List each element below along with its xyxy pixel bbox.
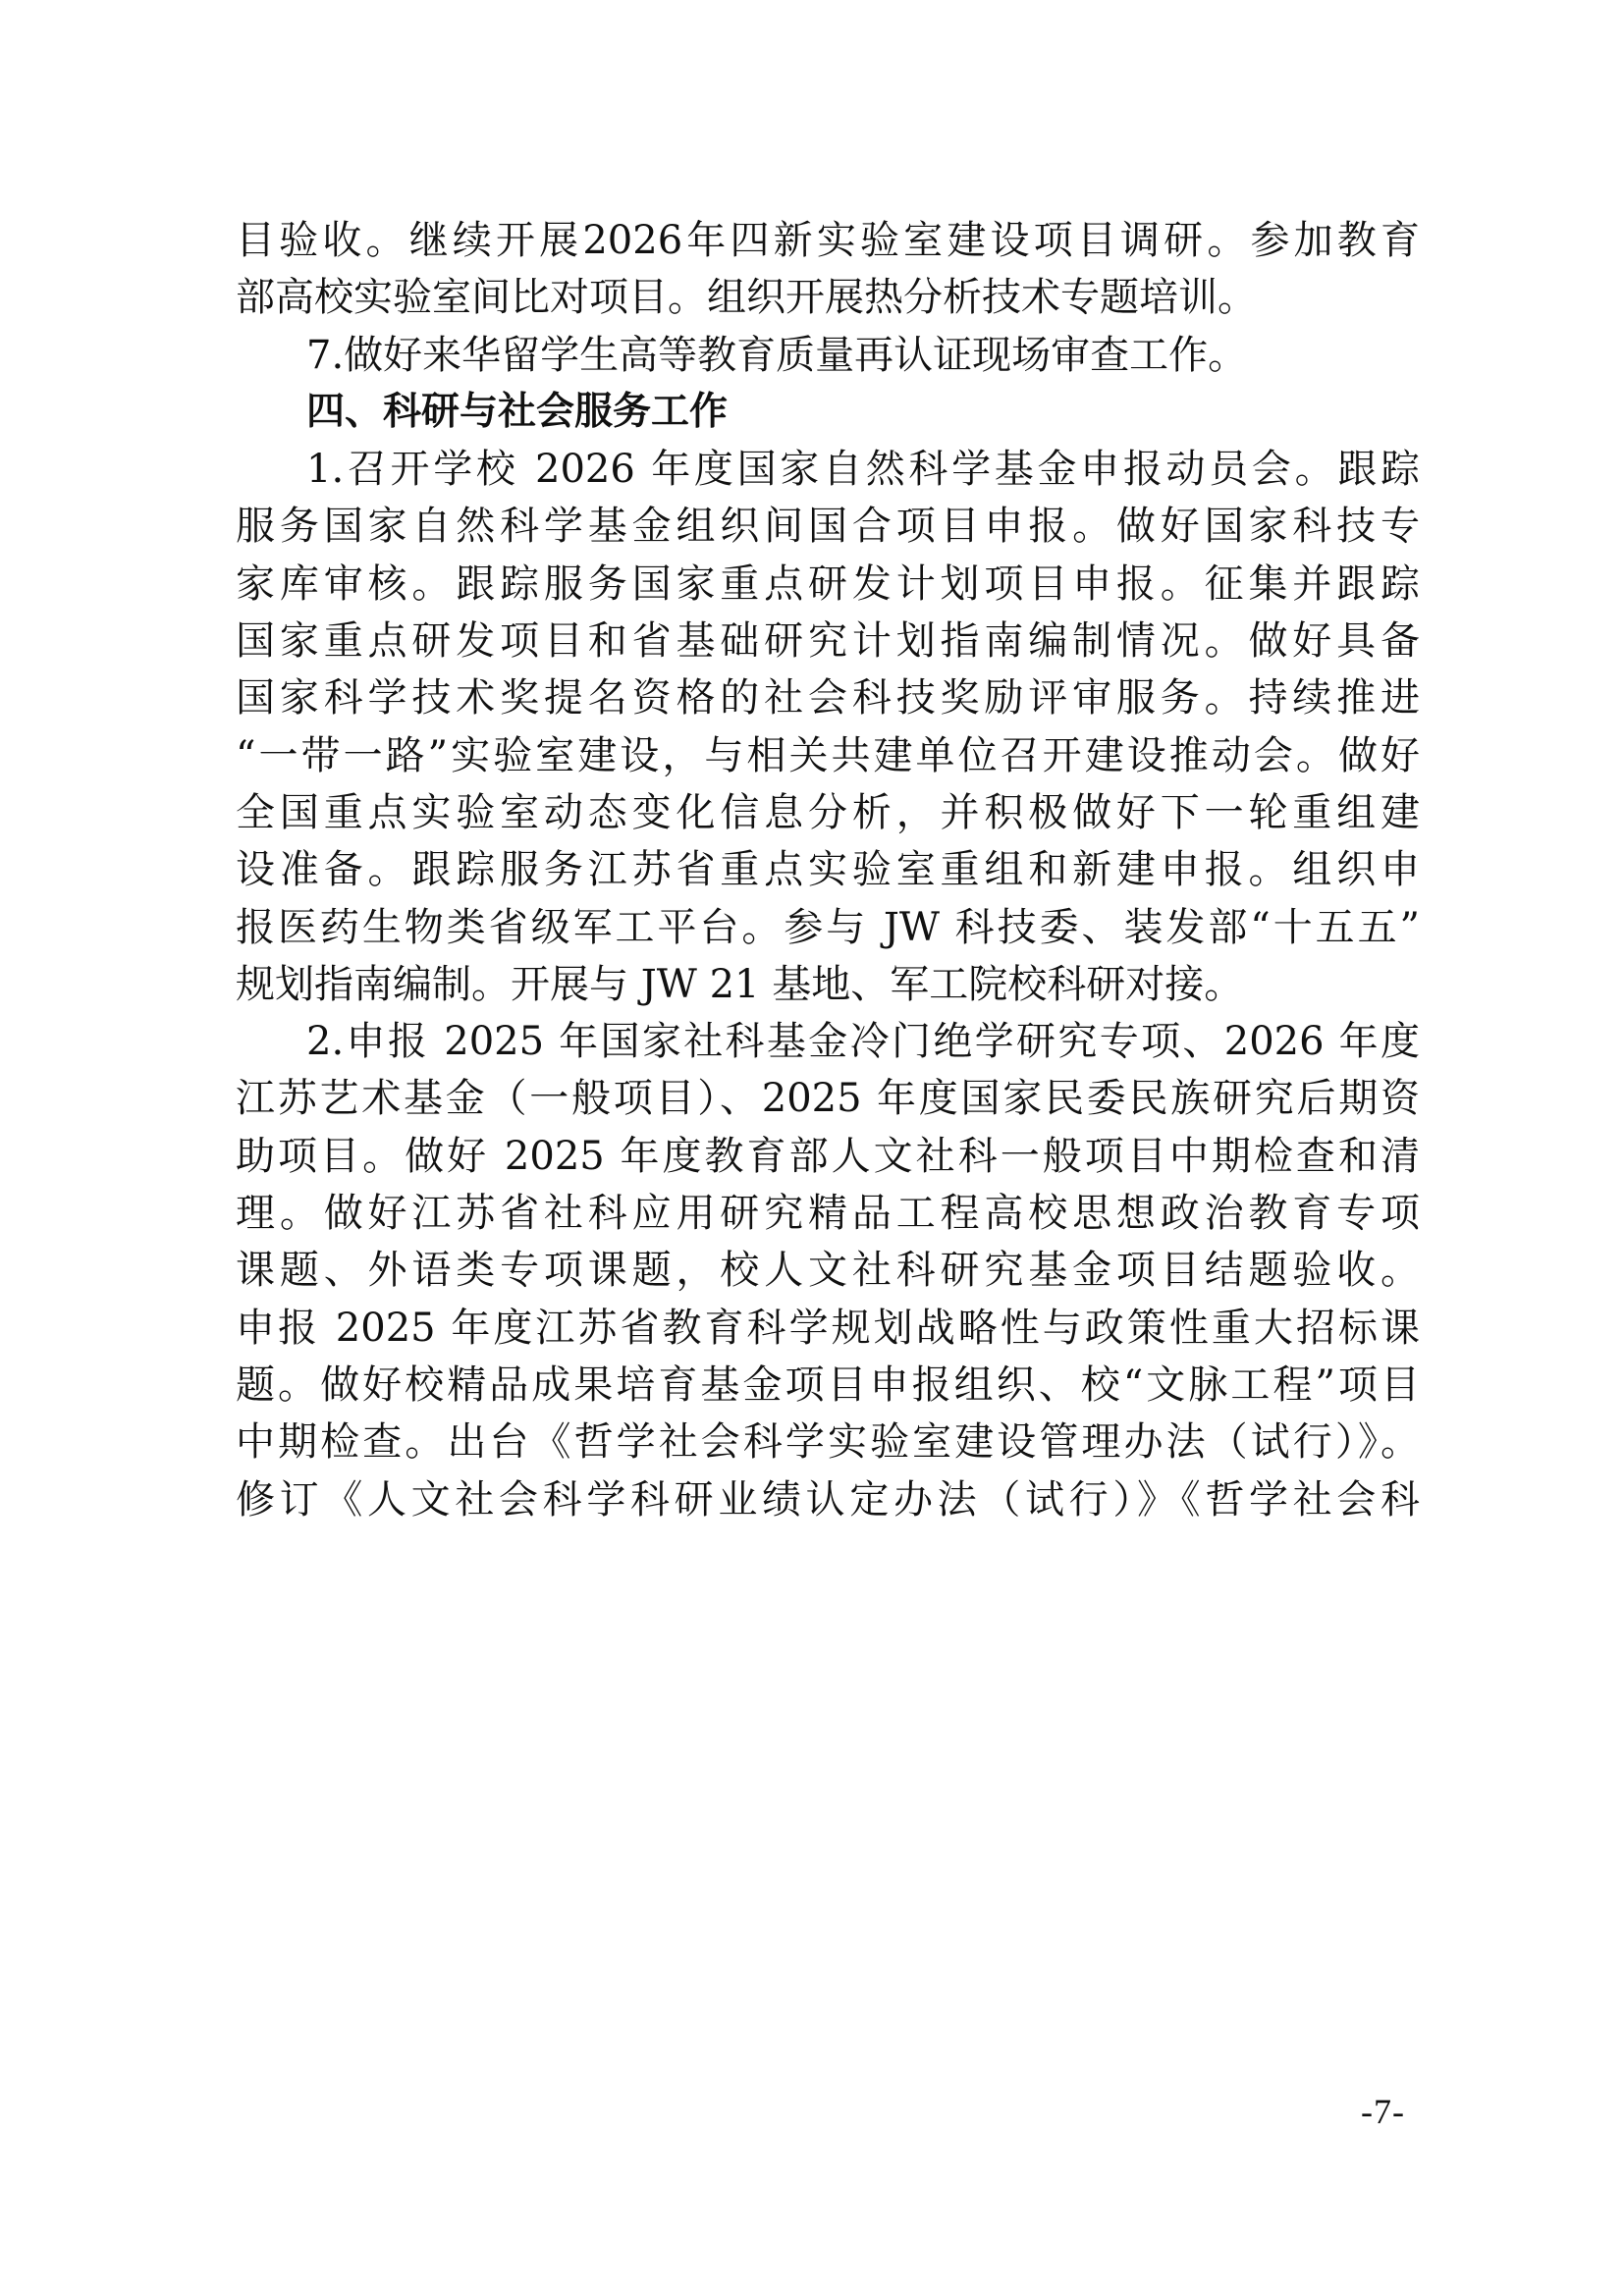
text-line: 目验收。继续开展2026年四新实验室建设项目调研。参加教育 (236, 212, 1420, 269)
text-line: 理。做好江苏省社科应用研究精品工程高校思想政治教育专项 (236, 1185, 1420, 1242)
text-line: 国家科学技术奖提名资格的社会科技奖励评审服务。持续推进 (236, 669, 1420, 726)
text-line: 部高校实验室间比对项目。组织开展热分析技术专题培训。 (236, 269, 1420, 326)
text-line: 国家重点研发项目和省基础研究计划指南编制情况。做好具备 (236, 613, 1420, 669)
text-line: 设准备。跟踪服务江苏省重点实验室重组和新建申报。组织申 (236, 841, 1420, 898)
text-line: 课题、外语类专项课题，校人文社科研究基金项目结题验收。 (236, 1242, 1420, 1299)
text-line: 助项目。做好 2025 年度教育部人文社科一般项目中期检查和清 (236, 1128, 1420, 1185)
text-line: 家库审核。跟踪服务国家重点研发计划项目申报。征集并跟踪 (236, 556, 1420, 613)
text-line: 修订《人文社会科学科研业绩认定办法（试行）》《哲学社会科 (236, 1471, 1420, 1528)
section-heading: 四、科研与社会服务工作 (236, 384, 1420, 441)
page-number: -7- (1361, 2091, 1405, 2132)
text-line: 规划指南编制。开展与 JW 21 基地、军工院校科研对接。 (236, 956, 1420, 1013)
text-line: 题。做好校精品成果培育基金项目申报组织、校“文脉工程”项目 (236, 1357, 1420, 1414)
text-line: 中期检查。出台《哲学社会科学实验室建设管理办法（试行）》。 (236, 1414, 1420, 1470)
text-line: “一带一路”实验室建设，与相关共建单位召开建设推动会。做好 (236, 727, 1420, 784)
text-line: 服务国家自然科学基金组织间国合项目申报。做好国家科技专 (236, 498, 1420, 555)
text-line: 报医药生物类省级军工平台。参与 JW 科技委、装发部“十五五” (236, 899, 1420, 956)
text-line: 申报 2025 年度江苏省教育科学规划战略性与政策性重大招标课 (236, 1300, 1420, 1357)
list-item-2: 2.申报 2025 年国家社科基金冷门绝学研究专项、2026 年度 (236, 1013, 1420, 1070)
body-text: 目验收。继续开展2026年四新实验室建设项目调研。参加教育 部高校实验室间比对项… (236, 212, 1420, 1528)
list-item-1: 1.召开学校 2026 年度国家自然科学基金申报动员会。跟踪 (236, 441, 1420, 498)
document-page: 目验收。继续开展2026年四新实验室建设项目调研。参加教育 部高校实验室间比对项… (0, 0, 1624, 2296)
list-item-7: 7.做好来华留学生高等教育质量再认证现场审查工作。 (236, 327, 1420, 384)
text-line: 全国重点实验室动态变化信息分析，并积极做好下一轮重组建 (236, 784, 1420, 841)
text-line: 江苏艺术基金（一般项目）、2025 年度国家民委民族研究后期资 (236, 1070, 1420, 1127)
